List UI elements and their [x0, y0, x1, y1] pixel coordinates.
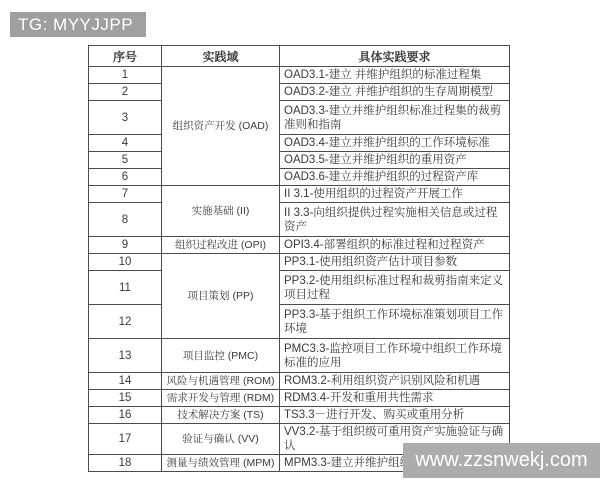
table-row: 3OAD3.3-建立并维护组织标准过程集的裁剪准则和指南	[89, 101, 510, 135]
practice-requirement-cell: ROM3.2-利用组织资产识别风险和机遇	[280, 373, 510, 390]
row-number-cell: 12	[89, 305, 162, 339]
practice-domain-cell: 需求开发与管理 (RDM)	[162, 390, 280, 407]
practice-domain-cell: 实施基础 (II)	[162, 186, 280, 237]
practice-domain-cell: 技术解决方案 (TS)	[162, 407, 280, 424]
table-row: 6OAD3.6-建立并维护组织的过程资产库	[89, 169, 510, 186]
row-number-cell: 18	[89, 455, 162, 472]
row-number-cell: 2	[89, 84, 162, 101]
table-row: 1组织资产开发 (OAD)OAD3.1-建立 并维护组织的标准过程集	[89, 67, 510, 84]
site-watermark: www.zzsnwekj.com	[403, 443, 600, 478]
practice-requirement-cell: OPI3.4-部署组织的标准过程和过程资产	[280, 237, 510, 254]
practice-requirement-cell: OAD3.4-建立并维护组织的工作环境标准	[280, 135, 510, 152]
header-row: 序号 实践域 具体实践要求	[89, 46, 510, 67]
row-number-cell: 13	[89, 339, 162, 373]
table-row: 4OAD3.4-建立并维护组织的工作环境标准	[89, 135, 510, 152]
table-row: 5OAD3.5-建立并维护组织的重用资产	[89, 152, 510, 169]
practice-requirement-cell: RDM3.4-开发和重用共性需求	[280, 390, 510, 407]
col-header-number: 序号	[89, 46, 162, 67]
practice-requirement-cell: TS3.3－进行开发、购买或重用分析	[280, 407, 510, 424]
practice-domain-cell: 测量与绩效管理 (MPM)	[162, 455, 280, 472]
tg-watermark-text: TG: MYYJJPP	[18, 15, 133, 35]
row-number-cell: 5	[89, 152, 162, 169]
table-row: 9组织过程改进 (OPI)OPI3.4-部署组织的标准过程和过程资产	[89, 237, 510, 254]
practice-requirement-cell: II 3.1-使用组织的过程资产开展工作	[280, 186, 510, 203]
table-row: 2OAD3.2-建立 并维护组织的生存周期模型	[89, 84, 510, 101]
table-body: 1组织资产开发 (OAD)OAD3.1-建立 并维护组织的标准过程集2OAD3.…	[89, 67, 510, 472]
practice-requirement-cell: II 3.3-向组织提供过程实施相关信息或过程资产	[280, 203, 510, 237]
row-number-cell: 3	[89, 101, 162, 135]
practice-requirement-cell: OAD3.2-建立 并维护组织的生存周期模型	[280, 84, 510, 101]
row-number-cell: 16	[89, 407, 162, 424]
table-row: 10项目策划 (PP)PP3.1-使用组织资产估计项目参数	[89, 254, 510, 271]
practice-domain-cell: 项目监控 (PMC)	[162, 339, 280, 373]
row-number-cell: 8	[89, 203, 162, 237]
practice-domain-cell: 项目策划 (PP)	[162, 254, 280, 339]
row-number-cell: 11	[89, 271, 162, 305]
table-row: 15需求开发与管理 (RDM)RDM3.4-开发和重用共性需求	[89, 390, 510, 407]
practice-domain-cell: 组织资产开发 (OAD)	[162, 67, 280, 186]
table-header: 序号 实践域 具体实践要求	[89, 46, 510, 67]
practice-requirement-cell: PP3.3-基于组织工作环境标准策划项目工作环境	[280, 305, 510, 339]
row-number-cell: 7	[89, 186, 162, 203]
row-number-cell: 17	[89, 424, 162, 455]
practice-requirement-cell: PP3.2-使用组织标准过程和裁剪指南来定义项目过程	[280, 271, 510, 305]
practice-requirement-cell: OAD3.3-建立并维护组织标准过程集的裁剪准则和指南	[280, 101, 510, 135]
table-row: 14风险与机遇管理 (ROM)ROM3.2-利用组织资产识别风险和机遇	[89, 373, 510, 390]
practice-domain-cell: 组织过程改进 (OPI)	[162, 237, 280, 254]
row-number-cell: 9	[89, 237, 162, 254]
practice-domain-cell: 风险与机遇管理 (ROM)	[162, 373, 280, 390]
practice-requirement-cell: OAD3.5-建立并维护组织的重用资产	[280, 152, 510, 169]
practice-domain-cell: 验证与确认 (VV)	[162, 424, 280, 455]
col-header-domain: 实践域	[162, 46, 280, 67]
site-watermark-text: www.zzsnwekj.com	[415, 449, 587, 472]
table-row: 12PP3.3-基于组织工作环境标准策划项目工作环境	[89, 305, 510, 339]
row-number-cell: 15	[89, 390, 162, 407]
table-row: 8II 3.3-向组织提供过程实施相关信息或过程资产	[89, 203, 510, 237]
practice-requirement-cell: OAD3.1-建立 并维护组织的标准过程集	[280, 67, 510, 84]
tg-watermark: TG: MYYJJPP	[10, 12, 146, 37]
practice-requirement-cell: OAD3.6-建立并维护组织的过程资产库	[280, 169, 510, 186]
col-header-requirement: 具体实践要求	[280, 46, 510, 67]
row-number-cell: 14	[89, 373, 162, 390]
table-row: 13项目监控 (PMC)PMC3.3-监控项目工作环境中组织工作环境标准的应用	[89, 339, 510, 373]
table-row: 11PP3.2-使用组织标准过程和裁剪指南来定义项目过程	[89, 271, 510, 305]
practice-requirement-cell: PP3.1-使用组织资产估计项目参数	[280, 254, 510, 271]
row-number-cell: 1	[89, 67, 162, 84]
row-number-cell: 6	[89, 169, 162, 186]
row-number-cell: 10	[89, 254, 162, 271]
practice-table: 序号 实践域 具体实践要求 1组织资产开发 (OAD)OAD3.1-建立 并维护…	[88, 45, 510, 472]
row-number-cell: 4	[89, 135, 162, 152]
page: TG: MYYJJPP 序号 实践域 具体实践要求 1组织资产开发 (OAD)O…	[0, 0, 600, 480]
table-row: 16技术解决方案 (TS)TS3.3－进行开发、购买或重用分析	[89, 407, 510, 424]
table-row: 7实施基础 (II)II 3.1-使用组织的过程资产开展工作	[89, 186, 510, 203]
practice-requirement-cell: PMC3.3-监控项目工作环境中组织工作环境标准的应用	[280, 339, 510, 373]
